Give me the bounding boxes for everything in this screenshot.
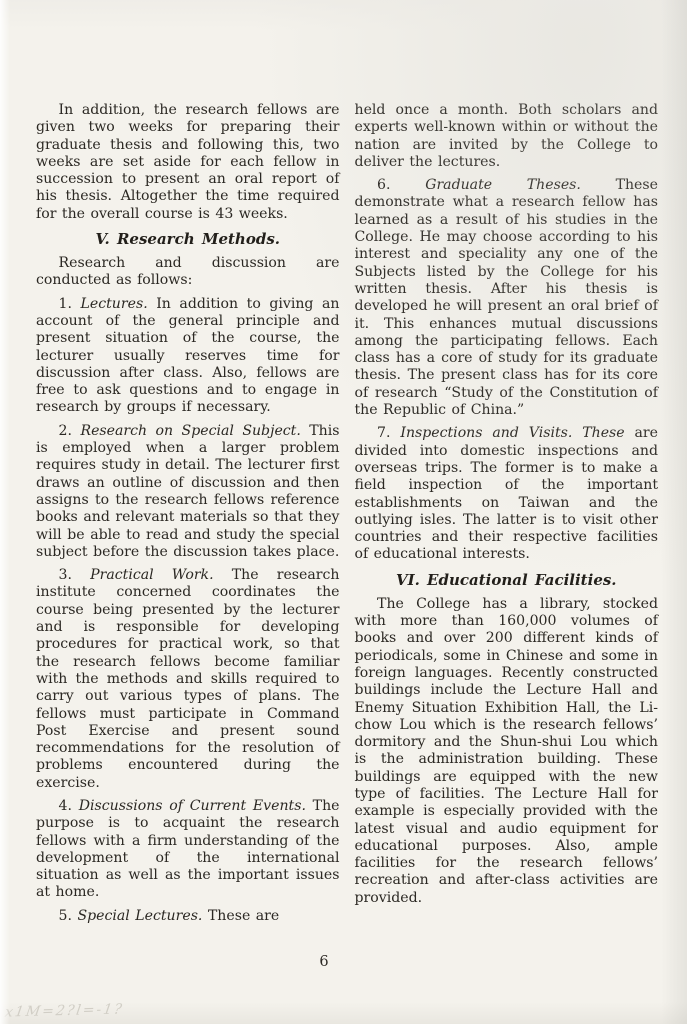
text-run: held once a month. Both scholars and exp… [355, 102, 659, 170]
paragraph: held once a month. Both scholars and exp… [355, 102, 659, 171]
left-column: In addition, the research fellows are gi… [36, 102, 340, 931]
text-run: These are [202, 908, 279, 924]
paragraph: Research and discussion are conducted as… [36, 255, 340, 290]
text-run: 1. [59, 296, 81, 312]
text-block: In addition, the research fellows are gi… [36, 102, 658, 931]
text-run: 2. [59, 423, 81, 439]
scanned-page: In addition, the research fellows are gi… [0, 0, 687, 1024]
paragraph: 3. Practical Work. The research institut… [36, 567, 340, 792]
text-run: Special Lectures. [77, 908, 202, 924]
text-run: VI. Educational Facilities. [396, 571, 617, 589]
paragraph: 7. Inspections and Visits. These are div… [355, 425, 659, 563]
text-run: 7. [377, 425, 400, 441]
text-run: Graduate Theses. [425, 177, 581, 193]
paragraph: 2. Research on Special Subject. This is … [36, 423, 340, 561]
text-run: Discussions of Current Events. [79, 798, 306, 814]
paragraph: In addition, the research fellows are gi… [36, 102, 340, 223]
text-run: 3. [59, 567, 91, 583]
section-heading: VI. Educational Facilities. [355, 571, 659, 589]
text-run: Lectures. [81, 296, 148, 312]
text-run: 5. [59, 908, 78, 924]
paragraph: The College has a library, stocked with … [355, 596, 659, 907]
section-heading: V. Research Methods. [36, 230, 340, 248]
text-run: The research institute concerned coordin… [36, 567, 340, 791]
text-run: 4. [59, 798, 79, 814]
paragraph: 1. Lectures. In addition to giving an ac… [36, 296, 340, 417]
text-run: This is employed when a larger problem r… [36, 423, 340, 560]
pencil-annotation: x1M=2?l=-1? [4, 1001, 125, 1020]
paragraph: 4. Discussions of Current Events. The pu… [36, 798, 340, 902]
text-run: Inspections and Visits. These [400, 425, 624, 441]
text-run: In addition, the research fellows are gi… [36, 102, 340, 222]
right-column: held once a month. Both scholars and exp… [355, 102, 659, 931]
page-number: 6 [0, 954, 648, 970]
text-run: These demonstrate what a research fellow… [355, 177, 659, 418]
text-run: Research and discussion are conducted as… [36, 255, 340, 288]
text-run: Practical Work. [90, 567, 213, 583]
paragraph: 6. Graduate Theses. These demonstrate wh… [355, 177, 659, 419]
text-run: are divided into domestic inspections an… [355, 425, 659, 562]
text-run: The College has a library, stocked with … [355, 596, 659, 906]
text-run: V. Research Methods. [96, 230, 280, 248]
text-run: Research on Special Subject. [80, 423, 300, 439]
paragraph: 5. Special Lectures. These are [36, 908, 340, 925]
text-run: In addition to giving an account of the … [36, 296, 340, 416]
text-run: 6. [377, 177, 425, 193]
